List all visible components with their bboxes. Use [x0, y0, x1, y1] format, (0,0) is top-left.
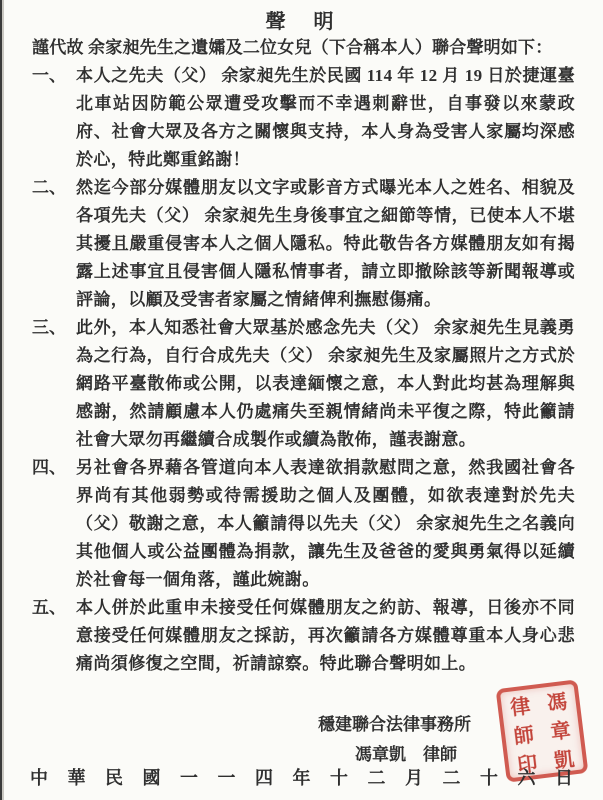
item-text: 此外，本人知悉社會大眾基於感念先夫（父） 余家昶先生見義勇為之行為，自行合成先夫… [76, 314, 575, 454]
item-number: 一、 [32, 62, 76, 174]
statement-item-1: 一、 本人之先夫（父） 余家昶先生於民國 114 年 12 月 19 日於捷運臺… [32, 62, 575, 174]
seal-char: 馮 [537, 684, 577, 717]
intro-line: 謹代故 余家昶先生之遺孀及二位女兒（下合稱本人）聯合聲明如下： [32, 34, 575, 62]
item-text: 本人之先夫（父） 余家昶先生於民國 114 年 12 月 19 日於捷運臺北車站… [76, 62, 575, 174]
document-body: 謹代故 余家昶先生之遺孀及二位女兒（下合稱本人）聯合聲明如下： 一、 本人之先夫… [32, 34, 575, 678]
seal-char: 章 [540, 713, 580, 746]
seal-char: 律 [500, 688, 540, 721]
item-text: 然迄今部分媒體朋友以文字或影音方式曝光本人之姓名、相貌及各項先夫（父） 余家昶先… [76, 174, 575, 314]
signature-block: 穩建聯合法律事務所 馮章凱 律師 [318, 710, 471, 770]
item-text: 另社會各界藉各管道向本人表達欲捐款慰問之意，然我國社會各界尚有其他弱勢或待需援助… [76, 454, 575, 594]
statement-item-5: 五、 本人併於此重申未接受任何媒體朋友之約訪、報導，日後亦不同意接受任何媒體朋友… [32, 594, 575, 678]
document-title: 聲 明 [0, 5, 603, 34]
statement-item-4: 四、 另社會各界藉各管道向本人表達欲捐款慰問之意，然我國社會各界尚有其他弱勢或待… [32, 454, 575, 594]
item-number: 四、 [32, 454, 76, 594]
item-number: 三、 [32, 314, 76, 454]
item-number: 五、 [32, 594, 76, 678]
item-number: 二、 [32, 174, 76, 314]
statement-document: 聲 明 謹代故 余家昶先生之遺孀及二位女兒（下合稱本人）聯合聲明如下： 一、 本… [0, 0, 603, 800]
seal-char: 師 [504, 717, 544, 750]
statement-item-2: 二、 然迄今部分媒體朋友以文字或影音方式曝光本人之姓名、相貌及各項先夫（父） 余… [32, 174, 575, 314]
scan-border-shadow [2, 0, 4, 800]
date-line: 中華民國一一四年十二月二十六日 [30, 764, 573, 790]
statement-item-3: 三、 此外，本人知悉社會大眾基於感念先夫（父） 余家昶先生見義勇為之行為，自行合… [32, 314, 575, 454]
law-firm-name: 穩建聯合法律事務所 [318, 710, 471, 740]
item-text: 本人併於此重申未接受任何媒體朋友之約訪、報導，日後亦不同意接受任何媒體朋友之採訪… [76, 594, 575, 678]
